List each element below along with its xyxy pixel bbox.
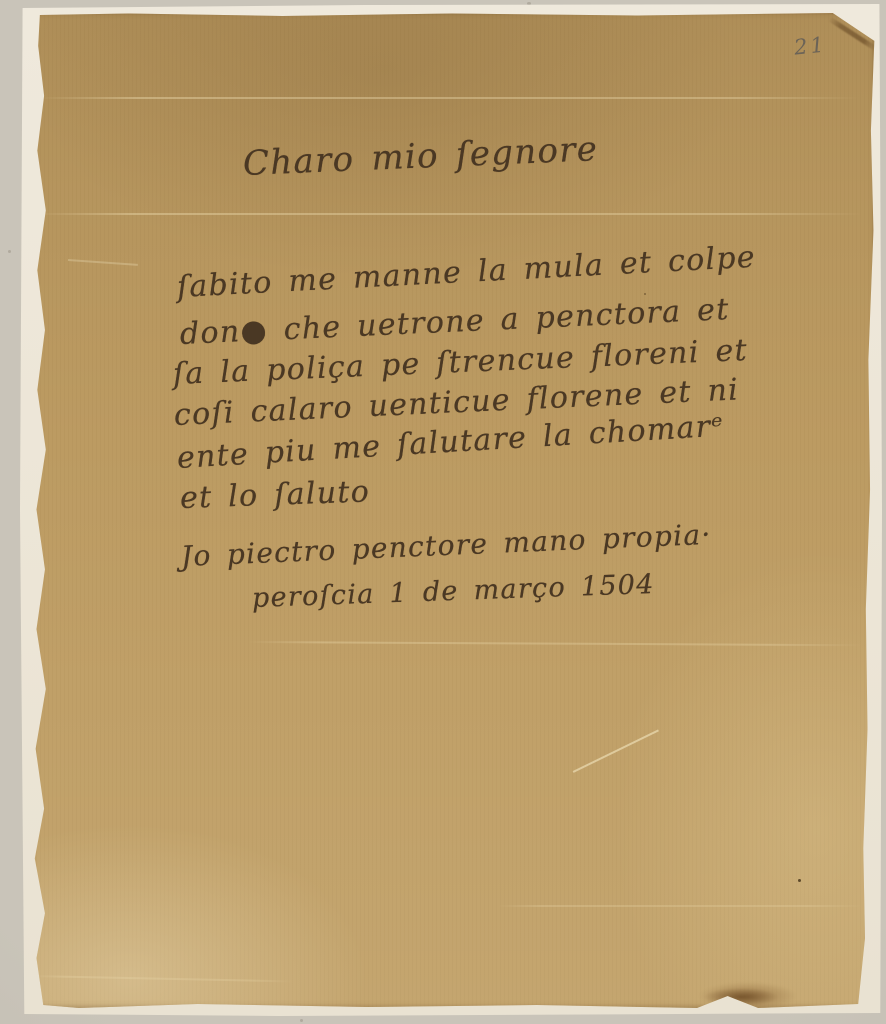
body-line: et lo ſaluto [179, 474, 370, 516]
mat-speck [8, 250, 11, 253]
paper-crease [33, 975, 293, 982]
paper-crease [33, 213, 863, 215]
ink-fleck [798, 879, 801, 882]
paper-scratch [68, 259, 138, 265]
mat-speck [527, 2, 531, 5]
closing-line: peroſcia 1 de março 1504 [251, 569, 655, 614]
manuscript-paper: 21 Charo mio ſegnore ſabito me manne la … [28, 11, 876, 1008]
ink-fleck [644, 293, 646, 295]
paper-crease [38, 97, 860, 99]
paper-scratch [573, 729, 659, 772]
folio-number: 21 [793, 32, 828, 59]
paper-crease [498, 905, 863, 907]
paper-crease [248, 641, 863, 646]
closing-line: Jo piectro penctore mano propia· [180, 518, 712, 573]
mat-speck [300, 1019, 303, 1022]
salutation-line: Charo mio ſegnore [242, 129, 599, 184]
scanned-manuscript-photo: { "folio_number": "21", "letter": { "sal… [0, 0, 886, 1024]
